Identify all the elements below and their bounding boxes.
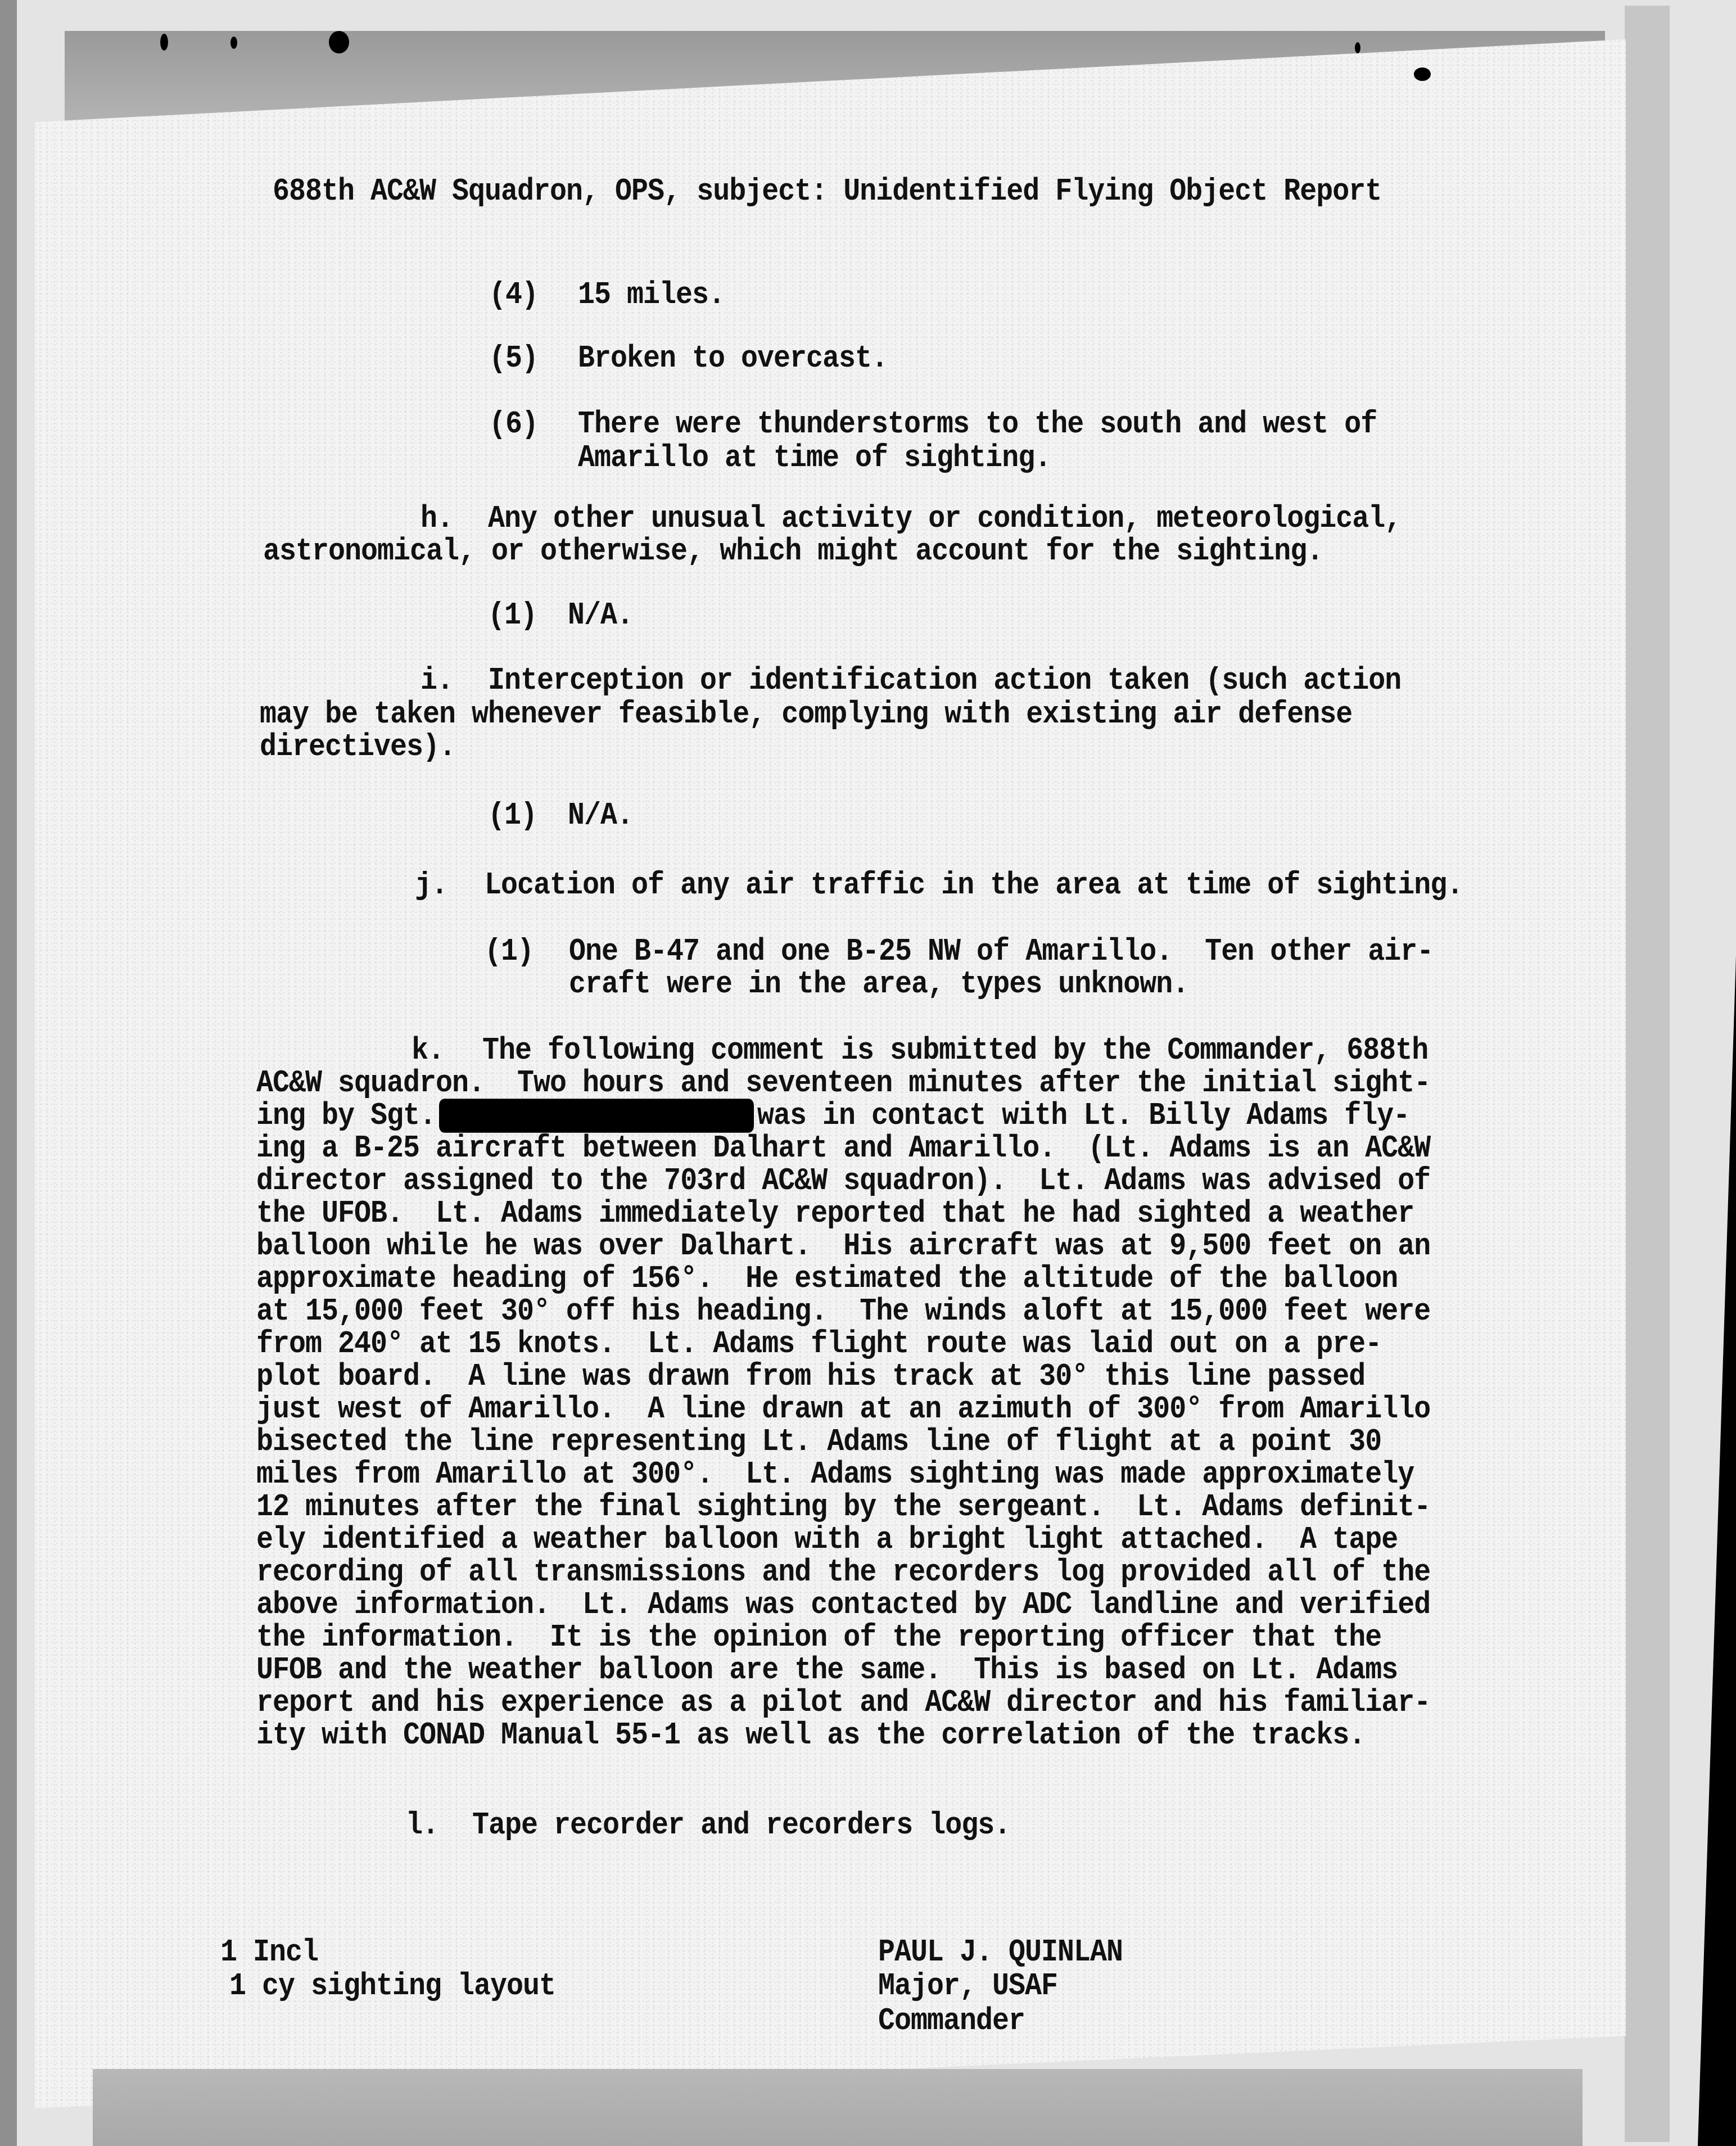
item-i1-text: N/A. (568, 797, 633, 835)
item-j1-line2: craft were in the area, types unknown. (569, 966, 1188, 1004)
section-l-text: Tape recorder and recorders logs. (472, 1807, 1010, 1845)
item-h1-text: N/A. (568, 597, 633, 635)
section-i-line1: Interception or identification action ta… (488, 662, 1401, 700)
enclosure-count: 1 Incl (220, 1934, 318, 1972)
redaction-block (439, 1099, 754, 1132)
item-g6-number: (6) (489, 406, 538, 444)
signature-name: PAUL J. QUINLAN (878, 1934, 1123, 1972)
section-h-line2: astronomical, or otherwise, which might … (263, 533, 1323, 571)
signature-rank: Major, USAF (878, 1968, 1057, 2005)
section-k-line3-prefix: ing by Sgt. (256, 1098, 436, 1134)
item-i1-number: (1) (488, 797, 537, 835)
item-g6-line1: There were thunderstorms to the south an… (578, 406, 1377, 444)
item-g5-text: Broken to overcast. (578, 340, 888, 378)
section-i-line3: directives). (260, 729, 455, 766)
item-g6-line2: Amarillo at time of sighting. (578, 440, 1051, 477)
enclosure-description: 1 cy sighting layout (229, 1968, 555, 2005)
section-i-letter: i. (421, 662, 453, 700)
item-g5-number: (5) (489, 340, 538, 378)
signature-title: Commander (878, 2003, 1025, 2040)
section-k-line3-suffix: was in contact with Lt. Billy Adams fly- (757, 1098, 1409, 1134)
section-j-line1: Location of any air traffic in the area … (485, 867, 1463, 905)
section-k-line22: ity with CONAD Manual 55-1 as well as th… (256, 1717, 1365, 1755)
section-j-letter: j. (415, 867, 447, 905)
subject-header: 688th AC&W Squadron, OPS, subject: Unide… (273, 173, 1381, 211)
document-body: 688th AC&W Squadron, OPS, subject: Unide… (0, 0, 1736, 2146)
item-h1-number: (1) (488, 597, 537, 635)
item-g4-number: (4) (489, 277, 538, 314)
item-g4-text: 15 miles. (578, 277, 725, 314)
item-j1-number: (1) (485, 933, 534, 971)
section-l-letter: l. (406, 1807, 438, 1845)
